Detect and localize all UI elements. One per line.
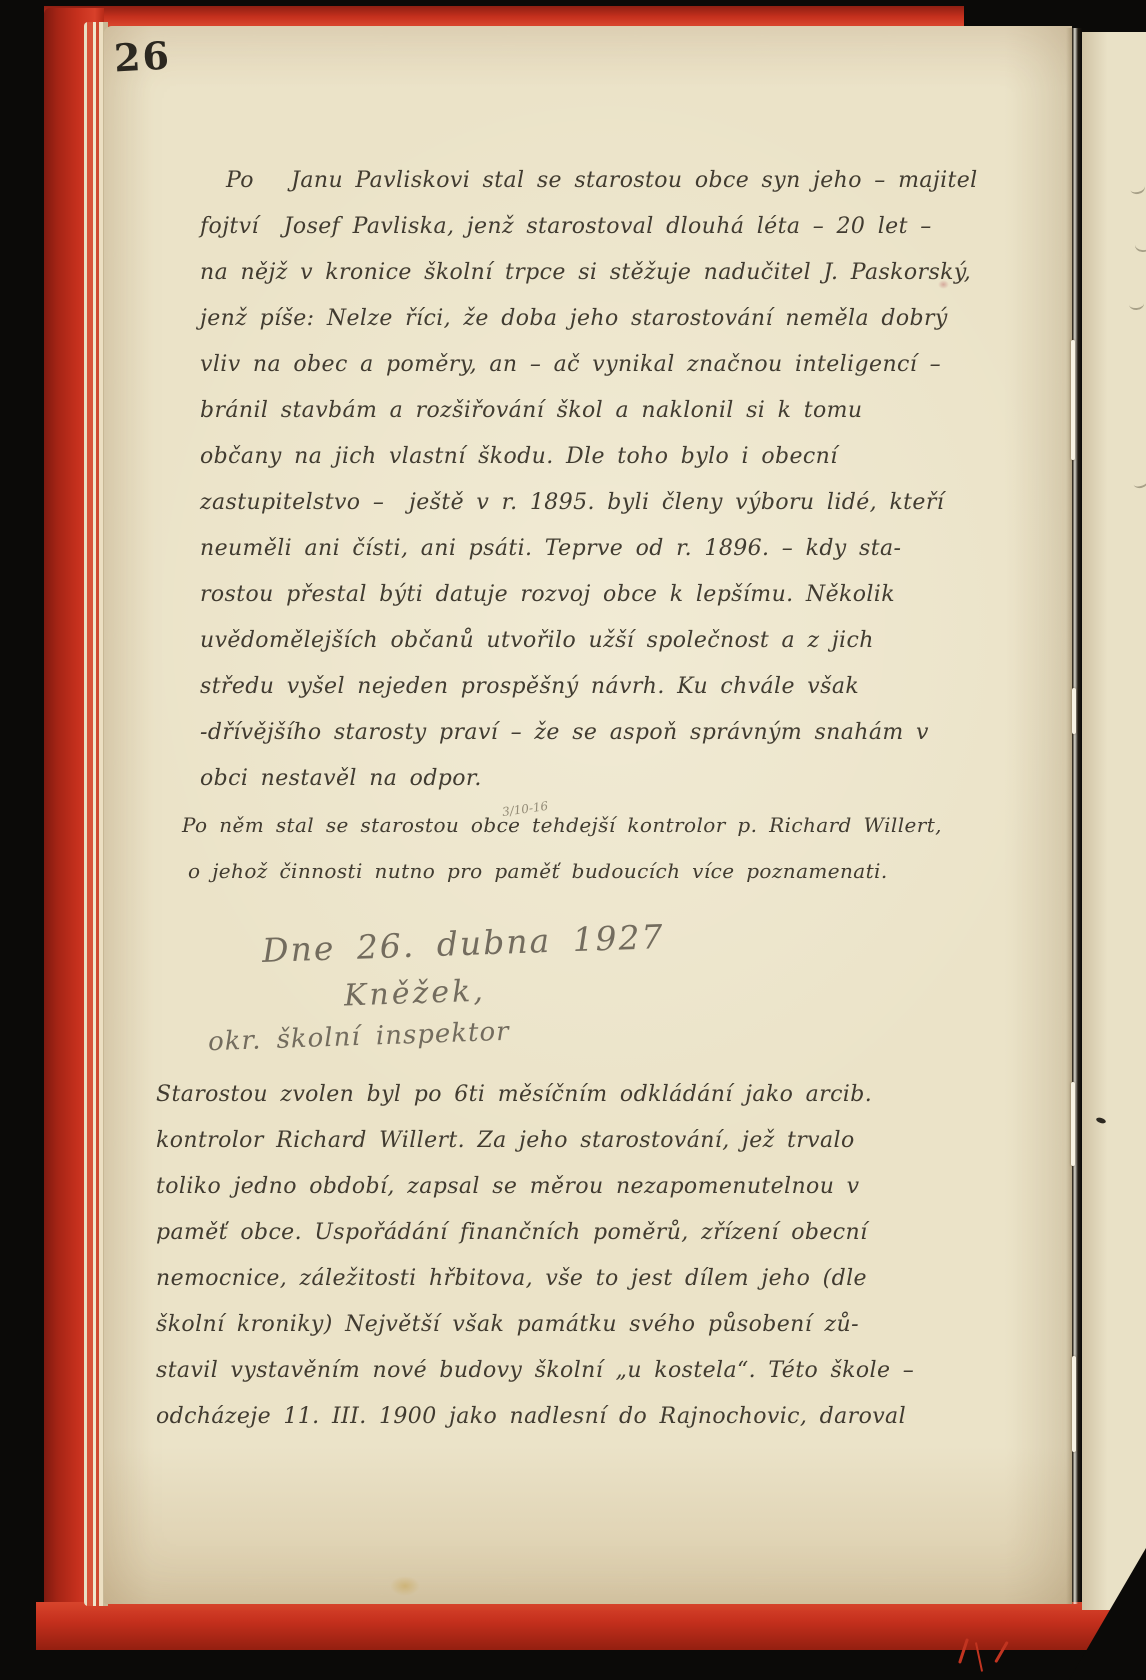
- manuscript-line: paměť obce. Uspořádání finančních poměrů…: [156, 1210, 956, 1256]
- manuscript-line: zastupitelstvo – ještě v r. 1895. byli č…: [200, 480, 960, 526]
- paragraph-2: Starostou zvolen byl po 6ti měsíčním odk…: [156, 1072, 956, 1440]
- manuscript-line: jenž píše: Nelze říci, že doba jeho star…: [200, 296, 960, 342]
- manuscript-line: občany na jich vlastní škodu. Dle toho b…: [200, 434, 960, 480]
- manuscript-line: -dřívějšího starosty praví – že se aspoň…: [200, 710, 960, 756]
- manuscript-line: Po něm stal se starostou obce tehdejší k…: [182, 802, 960, 848]
- manuscript-line: toliko jedno období, zapsal se měrou nez…: [156, 1164, 956, 1210]
- manuscript-line: o jehož činnosti nutno pro paměť budoucí…: [188, 848, 960, 894]
- manuscript-line: nemocnice, záležitosti hřbitova, vše to …: [156, 1256, 956, 1302]
- binding-stitch: [1071, 340, 1075, 460]
- photo-background: 26 Po Janu Pavliskovi stal se starostou …: [0, 0, 1146, 1680]
- ink-speck: [1095, 1117, 1106, 1125]
- manuscript-line: fojtví Josef Pavliska, jenž starostoval …: [200, 204, 960, 250]
- manuscript-page: 26 Po Janu Pavliskovi stal se starostou …: [104, 26, 1072, 1604]
- page-number: 26: [113, 33, 172, 81]
- ink-smudge: [938, 280, 949, 289]
- manuscript-line: stavil vystavěním nové budovy školní „u …: [156, 1348, 956, 1394]
- manuscript-line: Starostou zvolen byl po 6ti měsíčním odk…: [156, 1072, 956, 1118]
- binding-stitch: [1072, 688, 1076, 734]
- manuscript-line: středu vyšel nejeden prospěšný návrh. Ku…: [200, 664, 960, 710]
- manuscript-line: rostou přestal býti datuje rozvoj obce k…: [200, 572, 960, 618]
- manuscript-line: vliv na obec a poměry, an – ač vynikal z…: [200, 342, 960, 388]
- pencil-note-role: okr. školní inspektor: [208, 1017, 510, 1058]
- manuscript-line: školní kroniky) Největší však památku sv…: [156, 1302, 956, 1348]
- binding-stitch: [1072, 1356, 1076, 1452]
- paper-stain: [390, 1576, 420, 1596]
- manuscript-line: kontrolor Richard Willert. Za jeho staro…: [156, 1118, 956, 1164]
- manuscript-line: neuměli ani čísti, ani psáti. Teprve od …: [200, 526, 960, 572]
- pencil-note-signature: Kněžek,: [343, 974, 486, 1014]
- manuscript-line: bránil stavbám a rozšiřování škol a nakl…: [200, 388, 960, 434]
- manuscript-line: na nějž v kronice školní trpce si stěžuj…: [200, 250, 960, 296]
- manuscript-line: obci nestavěl na odpor.: [200, 756, 960, 802]
- book-cover-bottom-edge: [36, 1602, 1112, 1650]
- binding-stitch: [1071, 1082, 1075, 1166]
- facing-page: [1082, 32, 1146, 1610]
- manuscript-line: Po Janu Pavliskovi stal se starostou obc…: [200, 158, 960, 204]
- manuscript-line: uvědomělejších občanů utvořilo užší spol…: [200, 618, 960, 664]
- paragraph-1: Po Janu Pavliskovi stal se starostou obc…: [200, 158, 960, 894]
- manuscript-line: odcházeje 11. III. 1900 jako nadlesní do…: [156, 1394, 956, 1440]
- pencil-note-date: Dne 26. dubna 1927: [261, 917, 665, 970]
